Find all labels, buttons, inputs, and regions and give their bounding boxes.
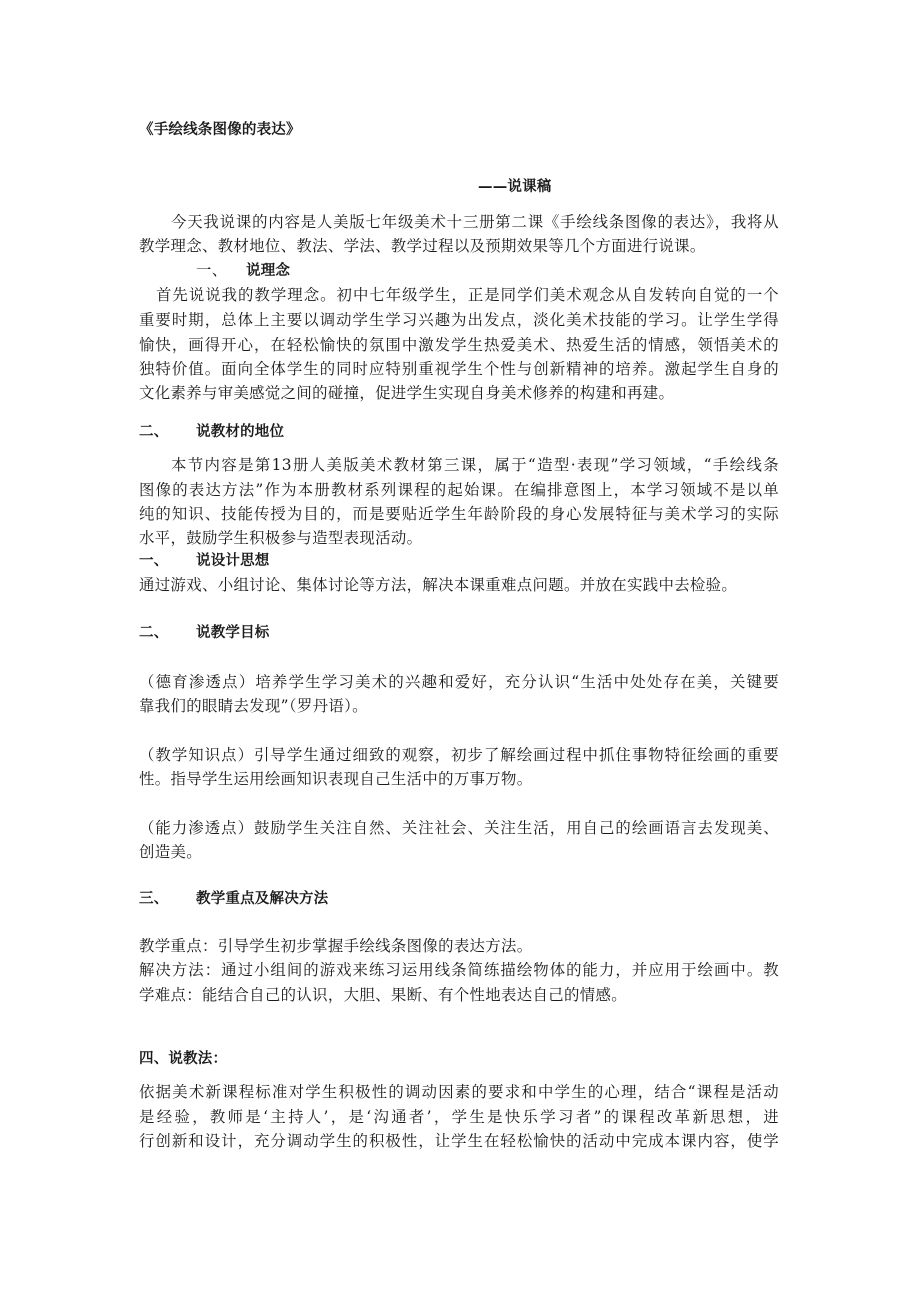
intro-line: 教学理念、教材地位、教法、学法、教学过程以及预期效果等几个方面进行说课。	[139, 236, 706, 256]
document-title: 《手绘线条图像的表达》	[139, 120, 301, 140]
section-heading: 二、说教材的地位	[139, 422, 284, 442]
paragraph-line: 通过游戏、小组讨论、集体讨论等方法，解决本课重难点问题。并放在实践中去检验。	[139, 575, 737, 595]
paragraph-line: 学难点：能结合自己的认识，大胆、果断、有个性地表达自己的情感。	[139, 985, 627, 1005]
section-heading: 一、说设计思想	[139, 551, 270, 571]
section-number: 一、	[139, 551, 196, 571]
section-heading-text: 说教材的地位	[196, 424, 284, 440]
paragraph-line: 行创新和设计，充分调动学生的积极性，让学生在轻松愉快的活动中完成本课内容，使学	[139, 1131, 779, 1151]
paragraph-line: 教学重点：引导学生初步掌握手绘线条图像的表达方法。	[139, 936, 533, 956]
paragraph-line: 文化素养与审美感觉之间的碰撞，促进学生实现自身美术修养的构建和再建。	[139, 383, 674, 403]
paragraph-line: 本节内容是第13册人美版美术教材第三课，属于“造型·表现”学习领域，“手绘线条	[171, 455, 779, 475]
document-subtitle: ——说课稿	[478, 177, 552, 197]
paragraph-line: 是经验，教师是‘主持人’，是‘沟通者’，学生是快乐学习者”的课程改革新思想，进	[139, 1107, 779, 1127]
paragraph-line: 解决方法：通过小组间的游戏来练习运用线条简练描绘物体的能力，并应用于绘画中。教	[139, 960, 779, 980]
paragraph-line: 首先说说我的教学理念。初中七年级学生，正是同学们美术观念从自发转向自觉的一个	[156, 285, 779, 305]
section-heading-text: 说设计思想	[196, 553, 270, 569]
paragraph-line: 依据美术新课程标准对学生积极性的调动因素的要求和中学生的心理，结合“课程是活动	[139, 1082, 779, 1102]
section-number: 一、	[196, 260, 246, 280]
section-number: 二、	[139, 623, 196, 643]
paragraph-line: （教学知识点）引导学生通过细致的观察，初步了解绘画过程中抓住事物特征绘画的重要	[139, 745, 779, 765]
section-heading: 二、说教学目标	[139, 623, 270, 643]
paragraph-line: 图像的表达方法”作为本册教材系列课程的起始课。在编排意图上，本学习领域不是以单	[139, 480, 779, 500]
paragraph-line: 愉快，画得开心，在轻松愉快的氛围中激发学生热爱美术、热爱生活的情感，领悟美术的	[139, 335, 779, 355]
paragraph-line: 靠我们的眼睛去发现”（罗丹语）。	[139, 696, 368, 716]
section-heading-text: 说教学目标	[196, 625, 270, 641]
document-page: 《手绘线条图像的表达》 ——说课稿 今天我说课的内容是人美版七年级美术十三册第二…	[0, 0, 920, 1302]
section-heading: 一、说理念	[196, 260, 290, 281]
paragraph-line: 水平，鼓励学生积极参与造型表现活动。	[139, 528, 422, 548]
section-heading: 四、说教法：	[139, 1049, 227, 1069]
section-number: 三、	[139, 889, 196, 909]
paragraph-line: 性。指导学生运用绘画知识表现自己生活中的万事万物。	[139, 769, 533, 789]
paragraph-line: 重要时期，总体上主要以调动学生学习兴趣为出发点，淡化美术技能的学习。让学生学得	[139, 310, 779, 330]
paragraph-line: （能力渗透点）鼓励学生关注自然、关注社会、关注生活，用自己的绘画语言去发现美、	[139, 818, 779, 838]
paragraph-line: 纯的知识、技能传授为目的，而是要贴近学生年龄阶段的身心发展特征与美术学习的实际	[139, 504, 779, 524]
section-heading-text: 说理念	[246, 263, 290, 279]
section-number: 二、	[139, 422, 196, 442]
intro-line: 今天我说课的内容是人美版七年级美术十三册第二课《手绘线条图像的表达》，我将从	[171, 212, 779, 232]
paragraph-line: （德育渗透点）培养学生学习美术的兴趣和爱好，充分认识“生活中处处存在美，关键要	[139, 672, 779, 692]
section-heading-text: 教学重点及解决方法	[196, 891, 328, 907]
paragraph-line: 独特价值。面向全体学生的同时应特别重视学生个性与创新精神的培养。激起学生自身的	[139, 359, 779, 379]
paragraph-line: 创造美。	[139, 842, 202, 862]
section-heading: 三、教学重点及解决方法	[139, 889, 328, 909]
